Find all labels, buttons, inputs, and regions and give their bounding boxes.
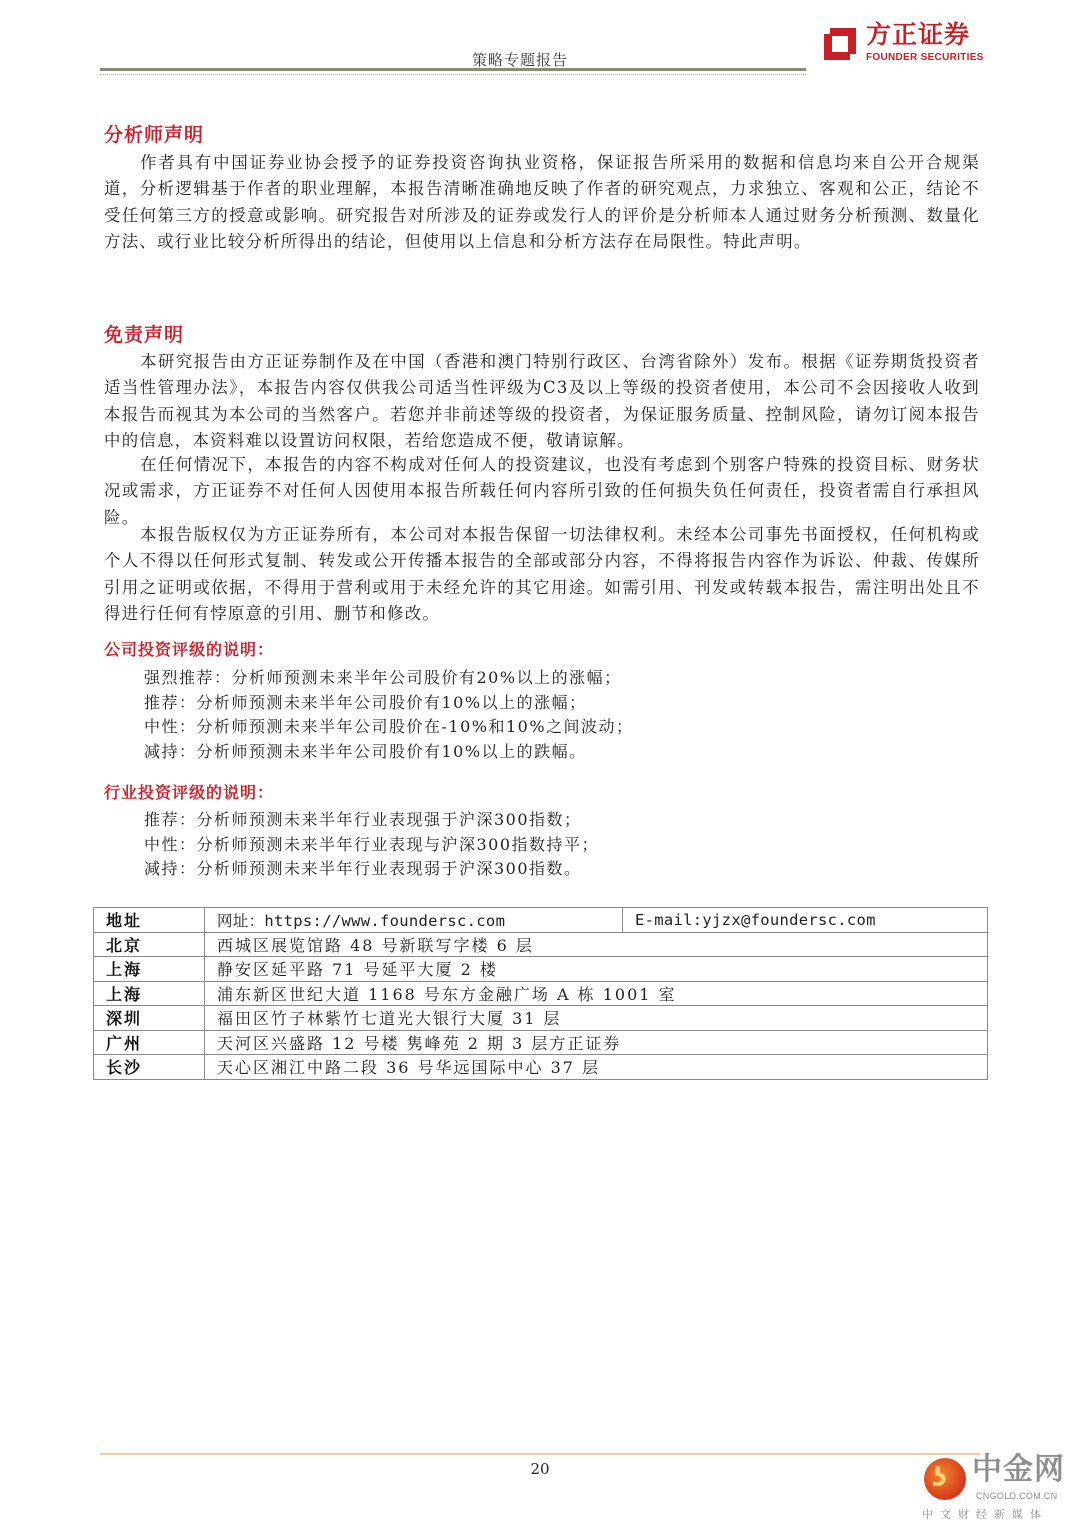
founder-securities-logo: 方正证券 FOUNDER SECURITIES — [820, 20, 990, 68]
address-cell: 天河区兴盛路 12 号楼 隽峰苑 2 期 3 层方正证券 — [205, 1030, 988, 1055]
company-rating-strong-buy: 强烈推荐：分析师预测未来半年公司股价有20%以上的涨幅； — [144, 666, 634, 691]
city-cell: 上海 — [94, 981, 205, 1006]
company-rating-list: 强烈推荐：分析师预测未来半年公司股价有20%以上的涨幅； 推荐：分析师预测未来半… — [144, 666, 634, 764]
city-cell: 上海 — [94, 957, 205, 982]
founder-logo-mark-icon — [820, 24, 860, 64]
watermark-chinese-name: 中金网 — [972, 1452, 1065, 1488]
table-row: 上海 静安区延平路 71 号延平大厦 2 楼 — [94, 957, 988, 982]
disclaimer-title: 免责声明 — [104, 320, 184, 347]
address-cell: 静安区延平路 71 号延平大厦 2 楼 — [205, 957, 988, 982]
table-row: 深圳 福田区竹子林紫竹七道光大银行大厦 31 层 — [94, 1006, 988, 1031]
disclaimer-paragraph-3: 本报告版权仅为方正证券所有，本公司对本报告保留一切法律权利。未经本公司事先书面授… — [104, 522, 980, 628]
table-row: 长沙 天心区湘江中路二段 36 号华远国际中心 37 层 — [94, 1055, 988, 1080]
company-rating-title: 公司投资评级的说明： — [104, 637, 274, 660]
disclaimer-paragraph-1: 本研究报告由方正证券制作及在中国（香港和澳门特别行政区、台湾省除外）发布。根据《… — [104, 349, 980, 455]
header-divider — [100, 68, 806, 71]
table-row: 广州 天河区兴盛路 12 号楼 隽峰苑 2 期 3 层方正证券 — [94, 1030, 988, 1055]
cngold-watermark: ʖ 中金网 CNGOLD.COM.CN 中文财经新媒体 — [918, 1450, 1078, 1525]
address-cell: 福田区竹子林紫竹七道光大银行大厦 31 层 — [205, 1006, 988, 1031]
industry-rating-reduce: 减持：分析师预测未来半年行业表现弱于沪深300指数。 — [144, 857, 599, 882]
industry-rating-neutral: 中性：分析师预测未来半年行业表现与沪深300指数持平； — [144, 833, 599, 858]
address-cell: 浦东新区世纪大道 1168 号东方金融广场 A 栋 1001 室 — [205, 981, 988, 1006]
cngold-swirl-icon: ʖ — [932, 1464, 956, 1492]
watermark-tagline: 中文财经新媒体 — [922, 1506, 1048, 1522]
address-cell: 天心区湘江中路二段 36 号华远国际中心 37 层 — [205, 1055, 988, 1080]
table-header-row: 地址 网址：https://www.foundersc.com E-mail:y… — [94, 908, 988, 933]
logo-english-name: FOUNDER SECURITIES — [866, 52, 984, 63]
company-rating-reduce: 减持：分析师预测未来半年公司股价有10%以上的跌幅。 — [144, 740, 634, 765]
office-address-table: 地址 网址：https://www.foundersc.com E-mail:y… — [93, 907, 988, 1080]
disclaimer-paragraph-2: 在任何情况下，本报告的内容不构成对任何人的投资建议，也没有考虑到个别客户特殊的投… — [104, 452, 980, 531]
logo-chinese-name: 方正证券 — [866, 20, 970, 50]
email-link[interactable]: E-mail:yjzx@foundersc.com — [623, 908, 988, 933]
header-dotted-divider — [100, 74, 806, 75]
table-row: 北京 西城区展览馆路 48 号新联写字楼 6 层 — [94, 932, 988, 957]
footer-divider — [100, 1453, 980, 1455]
watermark-domain: CNGOLD.COM.CN — [976, 1491, 1057, 1501]
address-label: 地址 — [94, 908, 205, 933]
website-link[interactable]: 网址：https://www.foundersc.com — [205, 908, 623, 933]
report-type-label: 策略专题报告 — [472, 51, 568, 69]
analyst-statement-title: 分析师声明 — [104, 120, 204, 147]
company-rating-neutral: 中性：分析师预测未来半年公司股价在-10%和10%之间波动； — [144, 715, 634, 740]
industry-rating-buy: 推荐：分析师预测未来半年行业表现强于沪深300指数； — [144, 808, 599, 833]
company-rating-buy: 推荐：分析师预测未来半年公司股价有10%以上的涨幅； — [144, 691, 634, 716]
city-cell: 北京 — [94, 932, 205, 957]
city-cell: 长沙 — [94, 1055, 205, 1080]
address-cell: 西城区展览馆路 48 号新联写字楼 6 层 — [205, 932, 988, 957]
city-cell: 广州 — [94, 1030, 205, 1055]
industry-rating-title: 行业投资评级的说明： — [104, 780, 274, 803]
analyst-statement-paragraph: 作者具有中国证券业协会授予的证券投资咨询执业资格，保证报告所采用的数据和信息均来… — [104, 150, 980, 256]
table-row: 上海 浦东新区世纪大道 1168 号东方金融广场 A 栋 1001 室 — [94, 981, 988, 1006]
city-cell: 深圳 — [94, 1006, 205, 1031]
industry-rating-list: 推荐：分析师预测未来半年行业表现强于沪深300指数； 中性：分析师预测未来半年行… — [144, 808, 599, 882]
page-number-label: 20 — [530, 1460, 549, 1478]
